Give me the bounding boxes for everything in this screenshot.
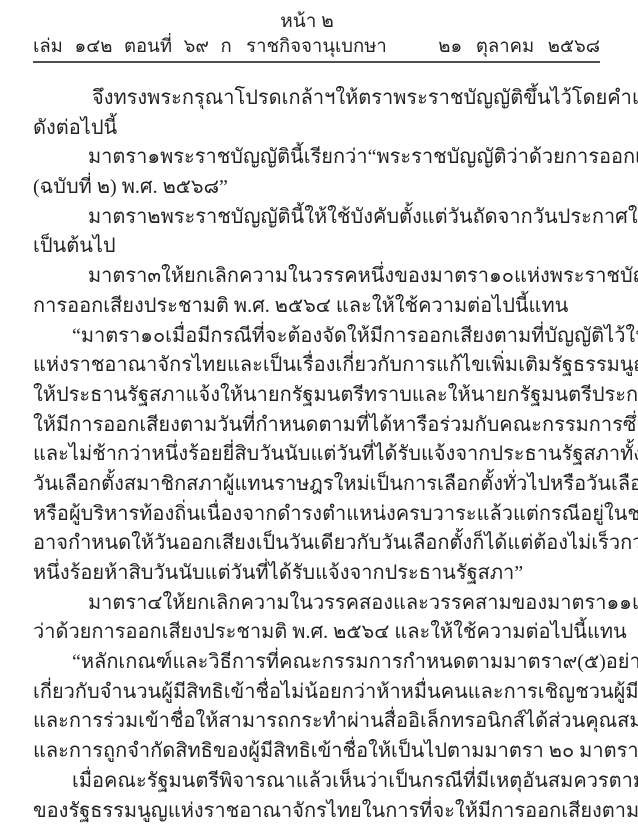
document-body: จึงทรงพระกรุณาโปรดเกล้าฯให้ตราพระราชบัญญ… <box>33 84 632 826</box>
text-segment: ทั้งนี้ <box>620 440 638 470</box>
gazette-title: ราชกิจจานุเบกษา <box>246 34 387 60</box>
gazette-page: หน้า ๒ เล่ม ๑๔๒ ตอนที่ ๖๙ ก ราชกิจจานุเบ… <box>0 0 638 839</box>
text-segment: และการเชิญชวนผู้มีสิทธิเข้าชื่อให้ร่วมเข… <box>468 678 638 708</box>
text-segment: ๑๐ <box>140 322 165 352</box>
text-line: ให้ประธานรัฐสภาแจ้งให้นายกรัฐมนตรีทราบแล… <box>33 381 632 411</box>
text-segment: ๒ <box>147 203 160 233</box>
text-segment: วันเลือกตั้งสมาชิกสภาผู้แทนราษฎรใหม่เป็น… <box>33 470 550 500</box>
text-line: มาตรา๒พระราชบัญญัตินี้ให้ใช้บังคับตั้งแต… <box>33 203 632 233</box>
text-line: แห่งราชอาณาจักรไทยและเป็นเรื่องเกี่ยวกับ… <box>33 351 632 381</box>
text-segment: มาตรา <box>88 143 147 173</box>
text-segment: ๓ <box>147 262 161 292</box>
text-line: อาจกำหนดให้วันออกเสียงเป็นวันเดียวกับวัน… <box>33 529 632 559</box>
text-line: ว่าด้วยการออกเสียงประชามติ พ.ศ. ๒๕๖๔ และ… <box>33 618 632 648</box>
text-segment: เกี่ยวกับจำนวนผู้มีสิทธิเข้าชื่อไม่น้อยก… <box>33 678 468 708</box>
text-line: มาตรา๑พระราชบัญญัตินี้เรียกว่า“พระราชบัญ… <box>33 143 632 173</box>
text-segment: แห่งพระราชบัญญัติ <box>632 589 638 619</box>
text-line: เมื่อคณะรัฐมนตรีพิจารณาแล้วเห็นว่าเป็นกร… <box>33 767 632 797</box>
text-segment: ๑๑ <box>606 589 631 619</box>
text-segment: เนื่องจากดำรงตำแหน่งครบวาระ <box>200 500 477 530</box>
text-segment: ๑๐ <box>489 262 514 292</box>
text-segment: และเป็นเรื่องเกี่ยวกับการแก้ไขเพิ่มเติมร… <box>227 351 638 381</box>
text-segment: อาจกำหนดให้วันออกเสียงเป็นวันเดียวกับวัน… <box>33 529 507 559</box>
text-line: มาตรา๓ให้ยกเลิกความในวรรคหนึ่งของมาตรา๑๐… <box>33 262 632 292</box>
text-segment: “หลักเกณฑ์และวิธีการที่คณะกรรมการกำหนดตา… <box>72 648 563 678</box>
text-segment: “มาตรา <box>72 322 140 352</box>
text-line: มาตรา๔ให้ยกเลิกความในวรรคสองและวรรคสามขอ… <box>33 589 632 619</box>
text-segment: ของรัฐธรรมนูญแห่งราชอาณาจักรไทยในการที่จ… <box>33 797 638 827</box>
text-line: และไม่ช้ากว่าหนึ่งร้อยยี่สิบวันนับแต่วัน… <box>33 440 632 470</box>
text-line: หรือผู้บริหารท้องถิ่นเนื่องจากดำรงตำแหน่… <box>33 500 632 530</box>
text-segment: และการร่วมเข้าชื่อ <box>33 707 195 737</box>
text-line: ดังต่อไปนี้ <box>33 114 632 144</box>
text-segment: พระราชบัญญัตินี้เรียกว่า <box>160 143 368 173</box>
text-segment: ๔ <box>147 589 162 619</box>
text-segment: หรือผู้บริหารท้องถิ่น <box>33 500 200 530</box>
text-segment: แห่งราชอาณาจักรไทย <box>33 351 227 381</box>
text-segment: พระราชบัญญัตินี้ให้ใช้บังคับตั้งแต่วันถั… <box>161 203 638 233</box>
text-segment: ให้ตราพระราชบัญญัติขึ้นไว้โดยคำแนะนำและย… <box>335 84 638 114</box>
issue-date: ๒๑ ตุลาคม ๒๕๖๘ <box>438 34 600 60</box>
header-rule <box>33 61 600 63</box>
text-segment: แห่งพระราชบัญญัติว่าด้วย <box>514 262 638 292</box>
text-segment: แต่ต้องไม่เร็วกว่าหกสิบวัน <box>507 529 638 559</box>
text-segment: ให้มีการออกเสียงตามวันที่กำหนดตามที่ได้ห… <box>33 411 623 441</box>
text-segment: ซึ่งต้องไม่เร็วกว่าเก้าสิบวัน <box>623 411 638 441</box>
text-segment: ๙ <box>563 648 578 678</box>
text-segment: เมื่อมีกรณีที่จะต้องจัดให้มีการออกเสียงต… <box>165 322 638 352</box>
text-line: “หลักเกณฑ์และวิธีการที่คณะกรรมการกำหนดตา… <box>33 648 632 678</box>
text-segment: อย่างน้อยต้องมีรายละเอียด <box>606 648 638 678</box>
volume-part-label: เล่ม ๑๔๒ ตอนที่ ๖๙ ก <box>33 34 232 60</box>
text-segment: แล้วแต่กรณี <box>477 500 581 530</box>
text-segment: มาตรา <box>88 262 147 292</box>
text-line: วันเลือกตั้งสมาชิกสภาผู้แทนราษฎรใหม่เป็น… <box>33 470 632 500</box>
text-line: ของรัฐธรรมนูญแห่งราชอาณาจักรไทยในการที่จ… <box>33 797 632 827</box>
text-segment: ๑ <box>147 143 160 173</box>
text-line: จึงทรงพระกรุณาโปรดเกล้าฯให้ตราพระราชบัญญ… <box>33 84 632 114</box>
text-segment: ให้สามารถกระทำผ่านสื่ออิเล็กทรอนิกส์ได้ <box>195 707 548 737</box>
text-line: ให้มีการออกเสียงตามวันที่กำหนดตามที่ได้ห… <box>33 411 632 441</box>
text-line: เป็นต้นไป <box>33 232 632 262</box>
text-line: หนึ่งร้อยห้าสิบวันนับแต่วันที่ได้รับแจ้ง… <box>33 559 632 589</box>
text-segment: ให้ยกเลิกความในวรรคหนึ่งของมาตรา <box>161 262 489 292</box>
text-segment: หรือวันเลือกตั้งสมาชิกสภาท้องถิ่น <box>550 470 638 500</box>
text-segment: ให้ประธานรัฐสภาแจ้งให้นายกรัฐมนตรีทราบ <box>33 381 412 411</box>
text-segment: และให้นายกรัฐมนตรีประกาศในราชกิจจานุเบกษ… <box>412 381 638 411</box>
text-segment: “พระราชบัญญัติว่าด้วยการออกเสียงประชามติ <box>368 143 638 173</box>
text-segment: มาตรา <box>88 589 147 619</box>
text-segment: จึงทรงพระกรุณาโปรดเกล้าฯ <box>92 84 335 114</box>
text-segment: ส่วนคุณสมบัติและลักษณะต้องห้าม <box>548 707 638 737</box>
text-line: การออกเสียงประชามติ พ.ศ. ๒๕๖๔ และให้ใช้ค… <box>33 292 632 322</box>
text-line: เกี่ยวกับจำนวนผู้มีสิทธิเข้าชื่อไม่น้อยก… <box>33 678 632 708</box>
text-segment: ให้ยกเลิกความในวรรคสองและวรรคสามของมาตรา <box>163 589 607 619</box>
page-number: หน้า ๒ <box>0 10 614 34</box>
text-segment: และไม่ช้ากว่าหนึ่งร้อยยี่สิบวันนับแต่วัน… <box>33 440 620 470</box>
text-line: และการร่วมเข้าชื่อให้สามารถกระทำผ่านสื่อ… <box>33 707 632 737</box>
gazette-header: เล่ม ๑๔๒ ตอนที่ ๖๙ ก ราชกิจจานุเบกษา ๒๑ … <box>33 34 600 60</box>
text-line: (ฉบับที่ ๒) พ.ศ. ๒๕๖๘” <box>33 173 632 203</box>
text-segment: เมื่อคณะรัฐมนตรีพิจารณาแล้วเห็นว่าเป็นกร… <box>72 767 638 797</box>
text-segment: (๕) <box>577 648 605 678</box>
text-line: “มาตรา๑๐เมื่อมีกรณีที่จะต้องจัดให้มีการอ… <box>33 322 632 352</box>
text-segment: มาตรา <box>88 203 147 233</box>
text-line: และการถูกจำกัดสิทธิของผู้มีสิทธิเข้าชื่อ… <box>33 737 632 767</box>
text-segment: อยู่ในช่วงเวลาใกล้เคียงกัน <box>580 500 638 530</box>
